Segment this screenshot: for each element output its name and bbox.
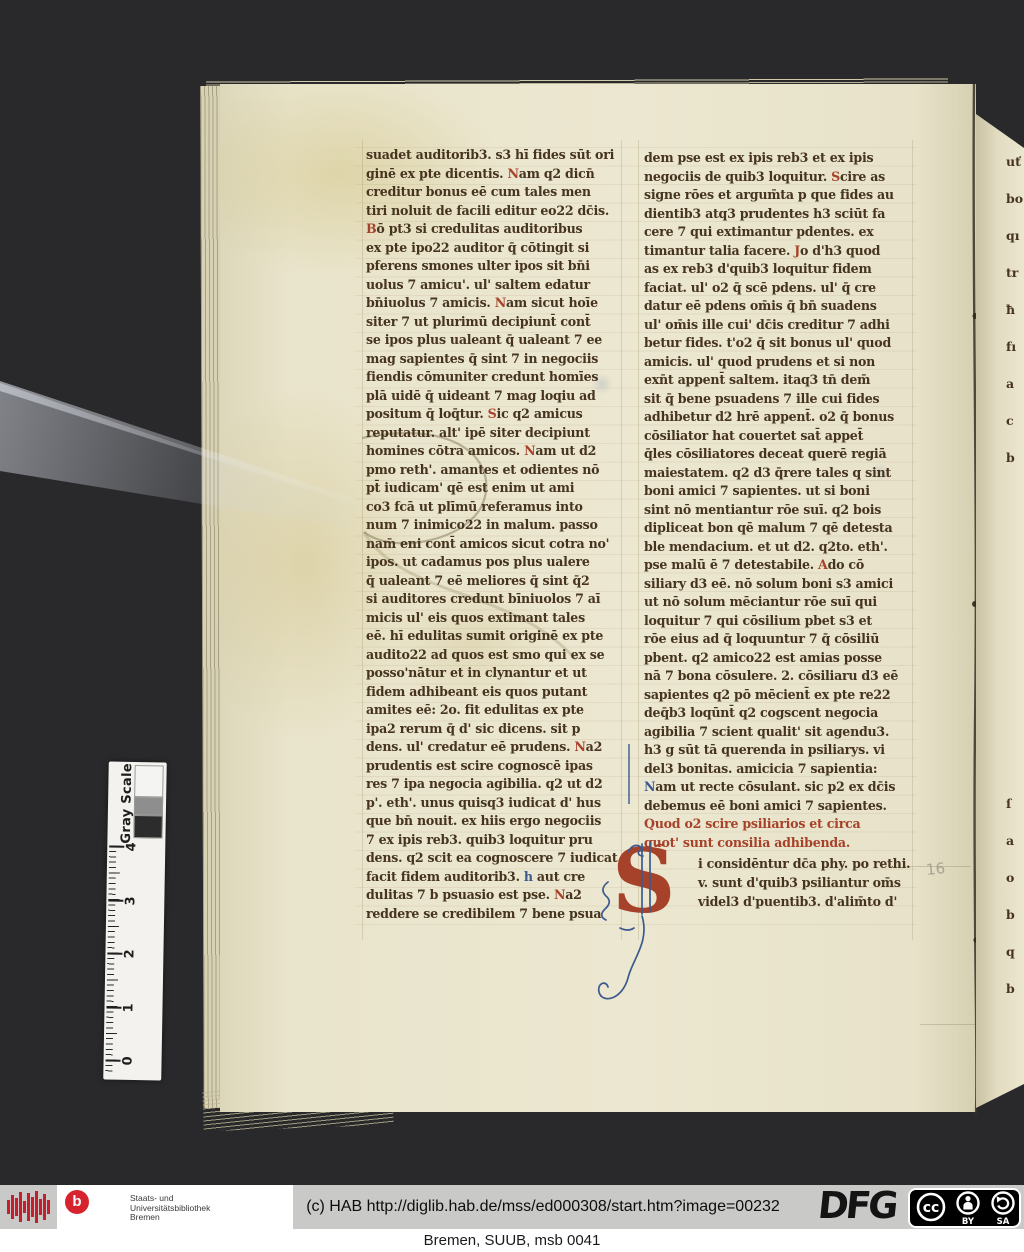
manuscript-line: maiestatem. q2 d3 q̄rere tales q sint bbox=[644, 464, 912, 483]
manuscript-line: si auditores credunt bīniuolos 7 aī bbox=[366, 590, 624, 609]
gray-scale-patch bbox=[134, 797, 163, 816]
manuscript-line: siter 7 ut plurimū decipiunt̄ cont̄ bbox=[366, 313, 624, 332]
text-column-right: dem pse est ex ipis reb3 et ex ipisnegoc… bbox=[644, 149, 912, 852]
manuscript-line: deq̄b3 loqūnt̄ q2 cogscent negocia bbox=[644, 704, 912, 723]
barcode-bar bbox=[15, 1198, 18, 1216]
manuscript-line: as ex reb3 d'quib3 loquitur fidem bbox=[644, 260, 912, 279]
manuscript-line: faciat. ul' o2 q̄ scē pdens. ul' q̄ cre bbox=[644, 279, 912, 298]
manuscript-line: plā uidē q̄ uideant 7 mag loqiu ad bbox=[366, 387, 624, 406]
manuscript-line: cere 7 qui extimantur pdentes. ex bbox=[644, 223, 912, 242]
manuscript-line: loquitur 7 qui cōsilium pbet s3 et bbox=[644, 612, 912, 631]
ruler-major-tick bbox=[109, 846, 124, 848]
manuscript-page: suadet auditorib3. s3 hī fides sūt origi… bbox=[220, 84, 976, 1112]
bremen-b-logo: b bbox=[65, 1190, 89, 1214]
pencil-folio-note: 16 bbox=[925, 859, 946, 879]
facing-page-text-fragment: b bbox=[1006, 907, 1015, 922]
barcode-bar bbox=[7, 1200, 10, 1214]
ruler-number: 1 bbox=[121, 999, 137, 1015]
manuscript-line: 7 ex ipis reb3. quib3 loquitur pru bbox=[366, 831, 624, 850]
manuscript-line: ble mendacium. et ut d2. q2to. eth'. bbox=[644, 538, 912, 557]
cc-license-badge: cc BY SA bbox=[908, 1188, 1021, 1228]
decorated-initial-S: S bbox=[596, 842, 700, 1007]
manuscript-line: ut nō solum mēciantur rōe suī qui bbox=[644, 593, 912, 612]
manuscript-line: suadet auditorib3. s3 hī fides sūt ori bbox=[366, 146, 624, 165]
manuscript-line: prudentis est scire cognoscē ipas bbox=[366, 757, 624, 776]
manuscript-line: videl3 d'puentib3. d'alim̄to d' bbox=[698, 892, 910, 911]
svg-text:SA: SA bbox=[997, 1217, 1010, 1226]
facing-page-text-fragment: fı bbox=[1006, 339, 1016, 354]
manuscript-line: bn̄iuolus 7 amicis. Nam sicut hoīe bbox=[366, 294, 624, 313]
ruling-vertical-line bbox=[638, 140, 639, 940]
shelfmark-line: Bremen, SUUB, msb 0041 bbox=[0, 1229, 1024, 1252]
manuscript-line: sit q̄ bene psuadens 7 ille cui fides bbox=[644, 390, 912, 409]
text-column-left: suadet auditorib3. s3 hī fides sūt origi… bbox=[366, 146, 624, 923]
manuscript-line: homines cōtra amicos. Nam ut d2 bbox=[366, 442, 624, 461]
manuscript-line: que bn̄ nouit. ex hiis ergo negociis bbox=[366, 812, 624, 831]
manuscript-line: posso'nātur et in clynantur et ut bbox=[366, 664, 624, 683]
manuscript-line: Quod o2 scire psiliarios et circa bbox=[644, 815, 912, 834]
facing-page-text-fragment: b bbox=[1006, 981, 1015, 996]
initial-side-lines: i considēntur dc̄a phy. po rethi.v. sunt… bbox=[698, 854, 910, 911]
facing-page-text-fragment: a bbox=[1006, 376, 1014, 391]
barcode-bar bbox=[19, 1192, 22, 1222]
ruler-major-tick bbox=[108, 899, 123, 901]
manuscript-line: del3 bonitas. amicicia 7 sapientia: bbox=[644, 760, 912, 779]
manuscript-line: pmo reth'. amantes et odientes nō bbox=[366, 461, 624, 480]
manuscript-line: ipos. ut cadamus pos plus ualere bbox=[366, 553, 624, 572]
manuscript-line: Nam ut recte cōsulant. sic p2 ex dc̄is bbox=[644, 778, 912, 797]
facing-page-text-fragment: a bbox=[1006, 833, 1014, 848]
svg-text:BY: BY bbox=[962, 1217, 975, 1226]
facing-page-text-fragment: tr bbox=[1006, 265, 1018, 280]
facing-page-text-fragment: uť bbox=[1006, 154, 1021, 169]
ruler-major-tick bbox=[106, 1060, 121, 1062]
manuscript-line: debemus eē boni amici 7 sapientes. bbox=[644, 797, 912, 816]
manuscript-line: timantur talia facere. Jo d'h3 quod bbox=[644, 242, 912, 261]
facing-page-edge: uťboqıtrħfıacbſaobqb bbox=[976, 96, 1024, 1126]
manuscript-line: pferens smones ulter ipos sit bn̄i bbox=[366, 257, 624, 276]
manuscript-line: eē. hī edulitas sumit originē ex pte bbox=[366, 627, 624, 646]
manuscript-line: agibilia 7 scient qualit' sit agendu3. bbox=[644, 723, 912, 742]
ruler-number: 4 bbox=[124, 839, 140, 855]
manuscript-line: nā 7 bona cōsulere. 2. cōsiliaru d3 eē bbox=[644, 667, 912, 686]
manuscript-line: signe rōes et argum̄ta p que fides au bbox=[644, 186, 912, 205]
barcode-bar bbox=[27, 1193, 30, 1221]
facing-page-text-fragment: o bbox=[1006, 870, 1014, 885]
manuscript-line: fidem adhibeant eis quos putant bbox=[366, 683, 624, 702]
facing-page-text-fragment: b bbox=[1006, 450, 1015, 465]
ruler-scale: 43210 bbox=[109, 762, 167, 763]
facing-page-text-fragment: q bbox=[1006, 944, 1015, 959]
manuscript-line: reddere se credibilem 7 bene psua bbox=[366, 905, 624, 924]
manuscript-line: positum q̄ loq̄tur. Sic q2 amicus bbox=[366, 405, 624, 424]
barcode-bar bbox=[23, 1201, 26, 1213]
ruling-vertical-line bbox=[912, 140, 913, 940]
initial-letter: S bbox=[612, 842, 676, 933]
manuscript-line: datur eē pdens om̄is q̄ bn̄ suadens bbox=[644, 297, 912, 316]
cc-by-icon: BY bbox=[958, 1193, 979, 1227]
manuscript-line: num 7 inimico22 in malum. passo bbox=[366, 516, 624, 535]
manuscript-line: rōe eius ad q̄ loquuntur 7 q̄ cōsiliū bbox=[644, 630, 912, 649]
svg-text:cc: cc bbox=[923, 1200, 940, 1216]
ruler-major-tick bbox=[107, 953, 122, 955]
facing-page-text-fragment: ħ bbox=[1006, 302, 1015, 317]
manuscript-line: dens. q2 scit ea cognoscere 7 iudicat bbox=[366, 849, 624, 868]
manuscript-line: facit fidem auditorib3. h aut cre bbox=[366, 868, 624, 887]
photo-area: suadet auditorib3. s3 hī fides sūt origi… bbox=[0, 0, 1024, 1185]
manuscript-line: res 7 ipa negocia agibilia. q2 ut d2 bbox=[366, 775, 624, 794]
manuscript-line: reputatur. alt' ipē siter decipiunt bbox=[366, 424, 624, 443]
manuscript-line: betur fides. t'o2 q̄ sit bonus ul' quod bbox=[644, 334, 912, 353]
manuscript-line: ipa2 rerum q̄ d' sic dicens. sit p bbox=[366, 720, 624, 739]
barcode-bar bbox=[39, 1199, 42, 1215]
manuscript-line: se ipos plus ualeant q̄ ualeant 7 ee bbox=[366, 331, 624, 350]
manuscript-line: uolus 7 amicu'. ul' saltem edatur bbox=[366, 276, 624, 295]
manuscript-line: dipliceat bon qē malum 7 qē detesta bbox=[644, 519, 912, 538]
gray-scale-patch bbox=[133, 815, 162, 839]
copyright-line: (c) HAB http://diglib.hab.de/mss/ed00030… bbox=[293, 1185, 793, 1229]
manuscript-line: micis ul' eis quos extimant tales bbox=[366, 609, 624, 628]
manuscript-line: fiendis cōmuniter credunt homīes bbox=[366, 368, 624, 387]
manuscript-line: exn̄t appent̄ saltem. itaq3 tn̄ dem̄ bbox=[644, 371, 912, 390]
margin-bracket bbox=[628, 744, 630, 804]
library-name: Staats- und Universitätsbibliothek Breme… bbox=[130, 1194, 210, 1223]
manuscript-line: mag sapientes q̄ sint 7 in negociis bbox=[366, 350, 624, 369]
barcode-bar bbox=[43, 1194, 46, 1220]
manuscript-line: amites eē: 2o. fit edulitas ex pte bbox=[366, 701, 624, 720]
cc-sa-icon: SA bbox=[993, 1193, 1014, 1227]
library-barcode-logo bbox=[0, 1185, 57, 1229]
manuscript-line: ul' om̄is ille cui' dc̄is creditur 7 adh… bbox=[644, 316, 912, 335]
manuscript-line: pbent. q2 amico22 est amias posse bbox=[644, 649, 912, 668]
manuscript-line: ex pte ipo22 auditor q̄ cōtingit si bbox=[366, 239, 624, 258]
manuscript-line: adhibetur d2 hrē appent̄. o2 q̄ bonus bbox=[644, 408, 912, 427]
manuscript-line: q̄ ualeant 7 eē meliores q̄ sint q̄2 bbox=[366, 572, 624, 591]
manuscript-line: creditur bonus eē cum tales men bbox=[366, 183, 624, 202]
footer-bar: b Staats- und Universitätsbibliothek Bre… bbox=[0, 1185, 1024, 1252]
manuscript-line: amicis. ul' quod prudens et si non bbox=[644, 353, 912, 372]
manuscript-line: v. sunt d'quib3 psiliantur om̄s bbox=[698, 873, 910, 892]
gray-scale-patch bbox=[134, 765, 164, 798]
manuscript-line: p'. eth'. unus quisq3 iudicat d' hus bbox=[366, 794, 624, 813]
ruler-mid-ticks bbox=[105, 846, 120, 1075]
manuscript-line: pse malū ē 7 detestabile. Ado cō bbox=[644, 556, 912, 575]
manuscript-line: co3 fcā ut plīmū referamus into bbox=[366, 498, 624, 517]
facing-page-text-fragment: qı bbox=[1006, 228, 1020, 243]
manuscript-line: i considēntur dc̄a phy. po rethi. bbox=[698, 854, 910, 873]
manuscript-line: boni amici 7 sapientes. ut si boni bbox=[644, 482, 912, 501]
ruler-number: 0 bbox=[120, 1053, 136, 1069]
manuscript-line: audito22 ad quos est smo qui ex se bbox=[366, 646, 624, 665]
manuscript-line: sapientes q2 pō mēcient̄ ex pte re22 bbox=[644, 686, 912, 705]
manuscript-line: sint nō mentiantur rōe suī. q2 bois bbox=[644, 501, 912, 520]
gray-scale-patches bbox=[109, 762, 167, 763]
barcode-bar bbox=[31, 1197, 34, 1217]
ruler-number: 3 bbox=[123, 892, 139, 908]
barcode-bar bbox=[35, 1191, 38, 1223]
ruler-major-tick bbox=[106, 1006, 121, 1008]
cc-icon: cc bbox=[918, 1194, 944, 1220]
manuscript-line: dens. ul' credatur eē prudens. Na2 bbox=[366, 738, 624, 757]
manuscript-line: pt̄ iudicam' qē est enim ut ami bbox=[366, 479, 624, 498]
manuscript-line: dulitas 7 b psuasio est pse. Na2 bbox=[366, 886, 624, 905]
facing-page-text-fragment: ſ bbox=[1006, 796, 1011, 811]
barcode-bar bbox=[11, 1195, 14, 1219]
manuscript-line: dem pse est ex ipis reb3 et ex ipis bbox=[644, 149, 912, 168]
manuscript-line: cōsiliator hat couertet sat̄ appet̄ bbox=[644, 427, 912, 446]
manuscript-line: q̄les cōsiliatores deceat querē regiā bbox=[644, 445, 912, 464]
manuscript-line: h3 g sūt tā querenda in psiliarys. vi bbox=[644, 741, 912, 760]
manuscript-line: nam̄ eni cont̄ amicos sicut cotra no' bbox=[366, 535, 624, 554]
facing-page-text-fragment: c bbox=[1006, 413, 1014, 428]
ruler-number: 2 bbox=[122, 946, 138, 962]
manuscript-line: ginē ex pte dicentis. Nam q2 dicn̄ bbox=[366, 165, 624, 184]
dfg-logo: DFG bbox=[816, 1185, 898, 1229]
manuscript-line: siliary d3 eē. nō solum boni s3 amici bbox=[644, 575, 912, 594]
barcode-bar bbox=[47, 1200, 50, 1214]
digitized-manuscript-screenshot: suadet auditorib3. s3 hī fides sūt origi… bbox=[0, 0, 1024, 1252]
library-name-line: Bremen bbox=[130, 1213, 210, 1223]
manuscript-line: tiri noluit de facili editur eo22 dc̄is. bbox=[366, 202, 624, 221]
facing-page-text-fragment: bo bbox=[1006, 191, 1023, 206]
manuscript-line: dientib3 atq3 prudentes h3 sciūt fa bbox=[644, 205, 912, 224]
gray-scale-card: Gray Scale 43210 bbox=[103, 762, 167, 1081]
manuscript-line: negociis de quib3 loquitur. Scire as bbox=[644, 168, 912, 187]
manuscript-line: Bō pt3 si credulitas auditoribus bbox=[366, 220, 624, 239]
